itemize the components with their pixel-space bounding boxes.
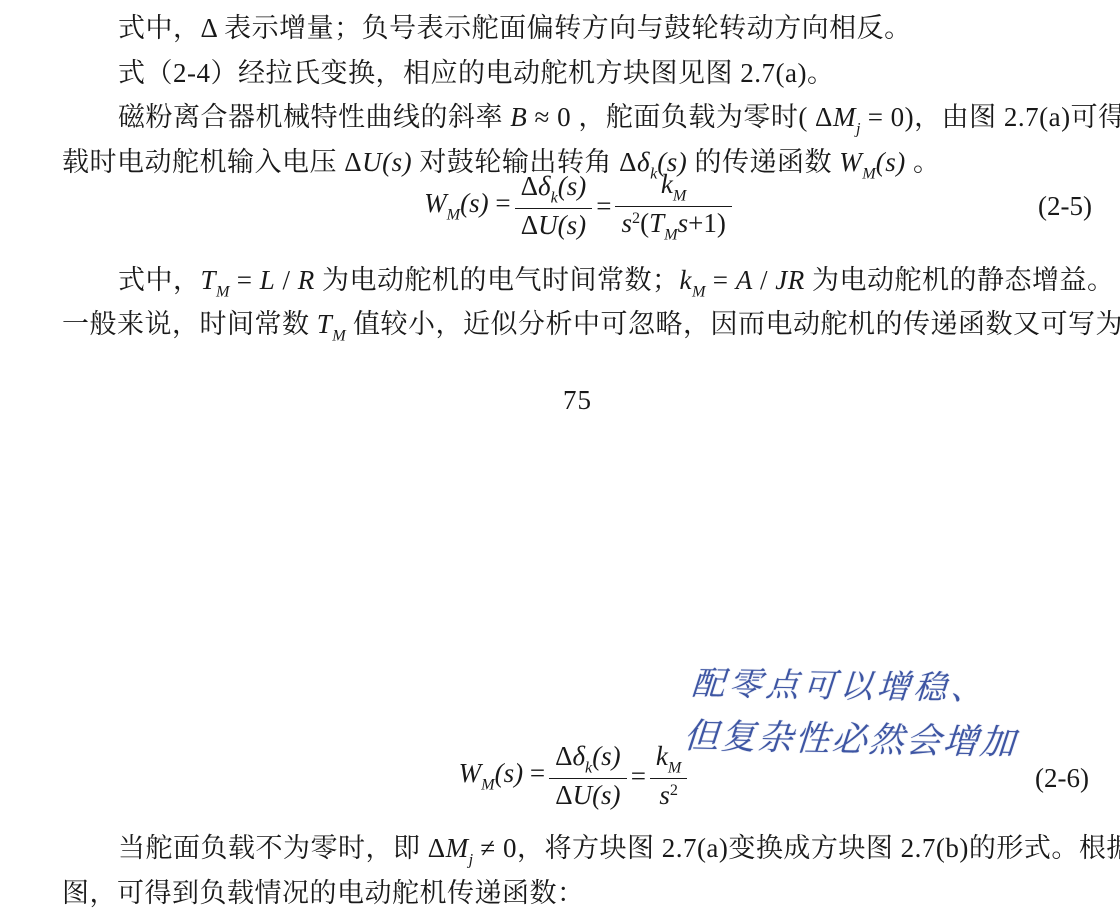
document-page: 式中，Δ 表示增量；负号表示舵面偏转方向与鼓轮转动方向相反。 式（2-4）经拉氏… bbox=[0, 0, 1120, 918]
fraction-numerator: Δδk(s) bbox=[549, 741, 627, 779]
fraction-numerator: Δδk(s) bbox=[515, 171, 593, 209]
page-number: 75 bbox=[563, 385, 592, 416]
fraction-denominator: ΔU(s) bbox=[549, 779, 627, 811]
fraction: Δδk(s) ΔU(s) bbox=[515, 171, 593, 241]
handwritten-note-line1: 配零点可以增稳、 bbox=[690, 657, 989, 709]
fraction-numerator: kM bbox=[615, 169, 731, 207]
text-line-p5b: 图，可得到负载情况的电动舵机传递函数： bbox=[62, 871, 585, 910]
fraction-denominator: s2 bbox=[650, 779, 687, 811]
equation-2-5-lhs: WM(s) = bbox=[424, 188, 510, 224]
equation-2-6-equals: = bbox=[631, 761, 646, 792]
equation-2-5-equals: = bbox=[596, 191, 611, 222]
fraction: kM s2 bbox=[650, 741, 687, 811]
text-line-p1: 式中，Δ 表示增量；负号表示舵面偏转方向与鼓轮转动方向相反。 bbox=[118, 6, 912, 45]
equation-2-5: WM(s) = Δδk(s) ΔU(s) = kM s2(TMs+1) bbox=[20, 172, 1120, 240]
equation-number-2-6: (2-6) bbox=[1035, 763, 1089, 794]
equation-2-6: WM(s) = Δδk(s) ΔU(s) = kM s2 bbox=[15, 742, 1120, 810]
equation-number-2-5: (2-5) bbox=[1038, 191, 1092, 222]
fraction: kM s2(TMs+1) bbox=[615, 169, 731, 244]
fraction: Δδk(s) ΔU(s) bbox=[549, 741, 627, 811]
text-line-p5a: 当舵面负载不为零时，即 ΔMj ≠ 0，将方块图 2.7(a)变换成方块图 2.… bbox=[118, 826, 1120, 869]
equation-2-6-lhs: WM(s) = bbox=[459, 758, 545, 794]
fraction-denominator: ΔU(s) bbox=[515, 209, 593, 241]
fraction-numerator: kM bbox=[650, 741, 687, 779]
text-line-p2: 式（2-4）经拉氏变换，相应的电动舵机方块图见图 2.7(a)。 bbox=[118, 51, 834, 90]
fraction-denominator: s2(TMs+1) bbox=[615, 207, 731, 244]
text-line-p3a: 磁粉离合器机械特性曲线的斜率 B ≈ 0 ，舵面负载为零时( ΔMj = 0)，… bbox=[118, 95, 1120, 138]
text-line-p4b: 一般来说，时间常数 TM 值较小，近似分析中可忽略，因而电动舵机的传递函数又可写… bbox=[62, 302, 1120, 345]
text-line-p4a: 式中，TM = L / R 为电动舵机的电气时间常数；kM = A / JR 为… bbox=[118, 258, 1115, 301]
